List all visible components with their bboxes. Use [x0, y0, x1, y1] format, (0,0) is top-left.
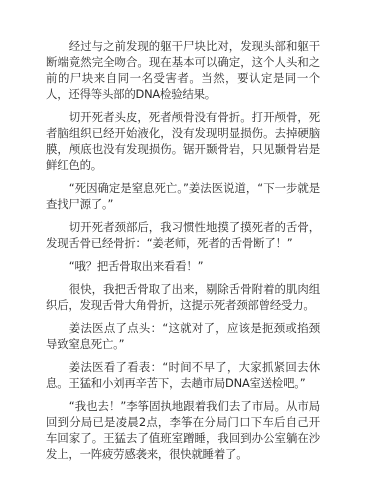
paragraph-send-dna: 姜法医看了看表：“时间不早了，大家抓紧回去休息。王猛和小刘再辛苦下，去趟市局DN…	[46, 359, 320, 391]
document-page: 经过与之前发现的躯干尸块比对，发现头部和躯干断端竟然完全吻合。现在基本可以确定，…	[46, 38, 320, 469]
paragraph-neck-examination: 切开死者颈部后，我习惯性地摸了摸死者的舌骨，发现舌骨已经骨折：“姜老师，死者的舌…	[46, 219, 320, 251]
paragraph-dna-comparison: 经过与之前发现的躯干尸块比对，发现头部和躯干断端竟然完全吻合。现在基本可以确定，…	[46, 38, 320, 102]
paragraph-strangulation-conclusion: 姜法医点了点头：“这就对了，应该是扼颈或掐颈导致窒息死亡。”	[46, 320, 320, 352]
paragraph-take-out-hyoid: “哦？把舌骨取出来看看！”	[46, 258, 320, 274]
paragraph-hyoid-fracture: 很快，我把舌骨取了出来，剔除舌骨附着的肌肉组织后，发现舌骨大角骨折，这提示死者颈…	[46, 281, 320, 313]
paragraph-cause-of-death: “死因确定是窒息死亡。”姜法医说道，“下一步就是查找尸源了。”	[46, 180, 320, 212]
paragraph-return-and-sleep: “我也去！”李筝固执地跟着我们去了市局。从市局回到分局已是凌晨2点，李筝在分局门…	[46, 398, 320, 462]
paragraph-skull-examination: 切开死者头皮，死者颅骨没有骨折。打开颅骨，死者脑组织已经开始液化，没有发现明显损…	[46, 109, 320, 173]
